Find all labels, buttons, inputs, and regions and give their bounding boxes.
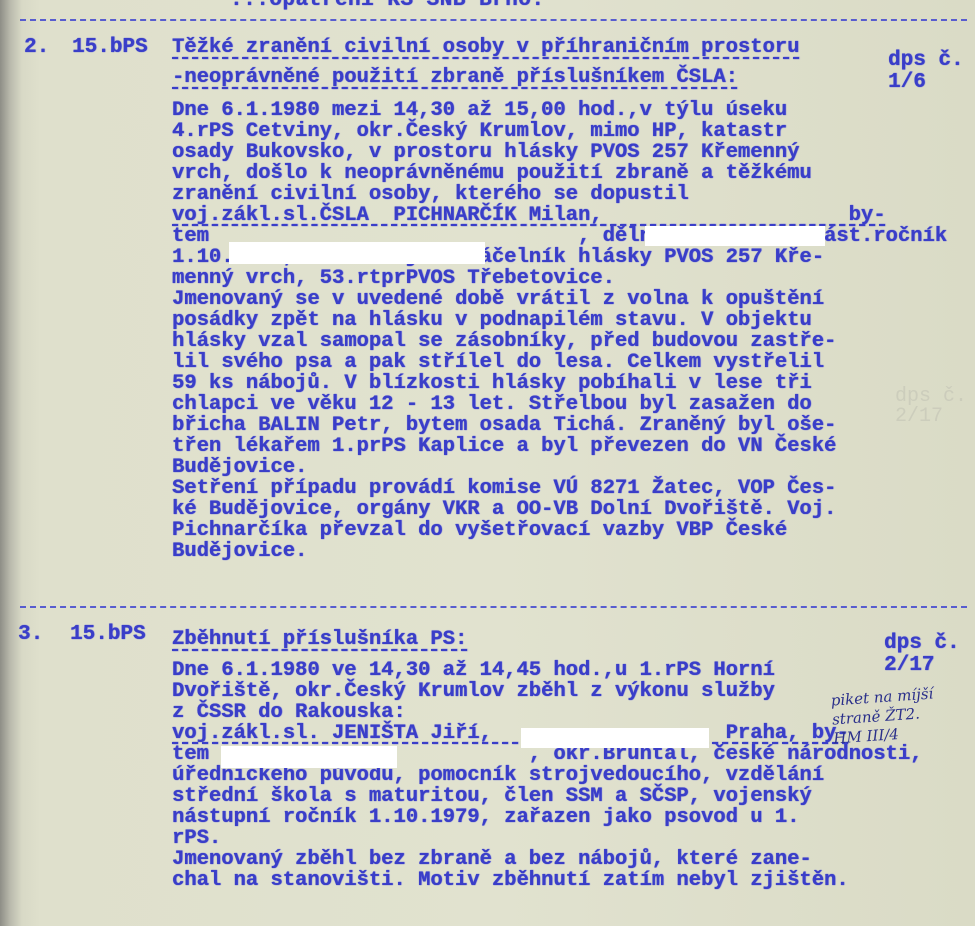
body-line: Pichnarčíka převzal do vyšetřovací vazby… [172, 520, 947, 541]
body-line: ké Budějovice, orgány VKR a OO-VB Dolní … [172, 499, 947, 520]
body-line: třen lékařem 1.prPS Kaplice a byl převez… [172, 436, 947, 457]
body-line: zranění civilní osoby, kterého se dopust… [172, 184, 947, 205]
entry-number: 2. [24, 36, 49, 59]
body-line: Dne 6.1.1980 mezi 14,30 až 15,00 hod.,v … [172, 100, 947, 121]
redaction-box [221, 746, 397, 768]
dps-reference: dps č. [884, 633, 960, 655]
body-line: chal na stanovišti. Motiv zběhnutí zatím… [172, 870, 922, 891]
body-line: úřednického původu, pomocník strojvedouc… [172, 765, 922, 786]
entry-unit: 15.bPS [72, 36, 148, 59]
body-line: hlásky vzal samopal se zásobníky, před b… [172, 331, 947, 352]
dps-reference: dps č. [888, 50, 964, 72]
entry-number: 3. [18, 623, 43, 646]
body-line: Jmenovaný zběhl bez zbraně a bez nábojů,… [172, 849, 922, 870]
body-line: chlapci ve věku 12 - 13 let. Střelbou by… [172, 394, 947, 415]
entry-title: Těžké zranění civilní osoby v příhraničn… [172, 36, 799, 59]
bleed-through-text: 2/17 [895, 405, 943, 428]
body-line: menný vrch, 53.rtprPVOS Třebetovice. [172, 268, 947, 289]
body-line: Dvořiště, okr.Český Krumlov zběhl z výko… [172, 681, 922, 702]
body-line: Jmenovaný se v uvedené době vrátil z vol… [172, 289, 947, 310]
body-line: 59 ks nábojů. V blízkosti hlásky pobíhal… [172, 373, 947, 394]
entry-unit: 15.bPS [70, 623, 146, 646]
header-fragment: ...opatření KS SNB Brno. [230, 0, 544, 12]
section-divider [20, 606, 967, 608]
redaction-box [521, 728, 709, 748]
entry-body: Dne 6.1.1980 ve 14,30 až 14,45 hod.,u 1.… [172, 660, 922, 891]
body-line: Budějovice. [172, 541, 947, 562]
body-line: nástupní ročník 1.10.1979, zařazen jako … [172, 807, 922, 828]
redaction-box [229, 242, 485, 264]
body-line: Budějovice. [172, 457, 947, 478]
body-line: voj.zákl.sl.ČSLA PICHNARČÍK Milan, by- [172, 205, 947, 226]
dps-reference-number: 1/6 [888, 72, 926, 94]
body-line: Setření případu provádí komise VÚ 8271 Ž… [172, 478, 947, 499]
body-line: lil svého psa a pak střílel do lesa. Cel… [172, 352, 947, 373]
body-line: rPS. [172, 828, 922, 849]
body-line: střední škola s maturitou, člen SSM a SČ… [172, 786, 922, 807]
redaction-box [645, 226, 825, 246]
section-divider [20, 19, 967, 21]
body-line: břicha BALIN Petr, bytem osada Tichá. Zr… [172, 415, 947, 436]
entry-title: -neoprávněné použití zbraně příslušníkem… [172, 66, 738, 89]
body-line: vrch, došlo k neoprávněnému použití zbra… [172, 163, 947, 184]
body-line: posádky zpět na hlásku v podnapilém stav… [172, 310, 947, 331]
body-line: osady Bukovsko, v prostoru hlásky PVOS 2… [172, 142, 947, 163]
body-line: 4.rPS Cetviny, okr.Český Krumlov, mimo H… [172, 121, 947, 142]
entry-title: Zběhnutí příslušníka PS: [172, 628, 467, 651]
body-line: Dne 6.1.1980 ve 14,30 až 14,45 hod.,u 1.… [172, 660, 922, 681]
handwritten-note: piket na míjší straně ŽT2. HM III/4 [830, 684, 936, 748]
entry-body: Dne 6.1.1980 mezi 14,30 až 15,00 hod.,v … [172, 100, 947, 562]
body-line: z ČSSR do Rakouska: [172, 702, 922, 723]
